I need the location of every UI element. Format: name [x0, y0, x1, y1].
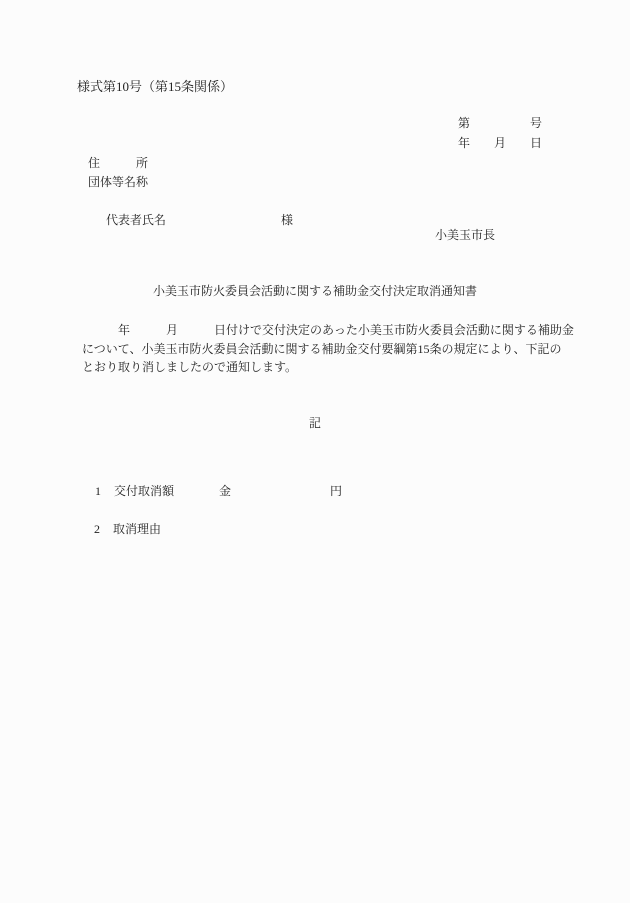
document-page: 様式第10号（第15条関係） 第 号 年 月 日 住 所 団体等名称 代表者氏名…	[0, 0, 630, 903]
amount-prefix: 金	[219, 484, 231, 498]
doc-date-line: 年 月 日	[458, 133, 542, 153]
body-paragraph-line-3: とおり取り消しましたので通知します。	[82, 358, 572, 377]
recipient-honorific: 様	[281, 211, 293, 230]
recipient-organization-label: 団体等名称	[88, 173, 293, 192]
list-item-cancel-amount: 1交付取消額金円	[83, 470, 342, 512]
recipient-address-label: 住 所	[88, 154, 293, 173]
recipient-representative-line: 代表者氏名様	[88, 192, 293, 249]
body-paragraph-line-2: について、小美玉市防火委員会活動に関する補助金交付要綱第15条の規定により、下記…	[82, 340, 572, 359]
item-number: 2	[94, 522, 100, 536]
record-marker: 記	[0, 416, 630, 430]
sender-title: 小美玉市長	[435, 228, 495, 242]
list-item-cancel-reason: 2取消理由	[82, 508, 161, 550]
amount-suffix: 円	[330, 484, 342, 498]
item-label: 取消理由	[113, 522, 161, 536]
doc-number-line: 第 号	[458, 113, 542, 133]
recipient-block: 住 所 団体等名称 代表者氏名様	[88, 154, 293, 249]
form-number: 様式第10号（第15条関係）	[77, 80, 233, 94]
recipient-representative-label: 代表者氏名	[106, 213, 166, 227]
body-paragraph: 年 月 日付けで交付決定のあった小美玉市防火委員会活動に関する補助金 について、…	[82, 321, 572, 377]
doc-number-date-block: 第 号 年 月 日	[458, 113, 542, 153]
item-label: 交付取消額	[114, 484, 174, 498]
document-title: 小美玉市防火委員会活動に関する補助金交付決定取消通知書	[0, 284, 630, 298]
body-paragraph-line-1: 年 月 日付けで交付決定のあった小美玉市防火委員会活動に関する補助金	[82, 321, 572, 340]
item-number: 1	[95, 484, 101, 498]
